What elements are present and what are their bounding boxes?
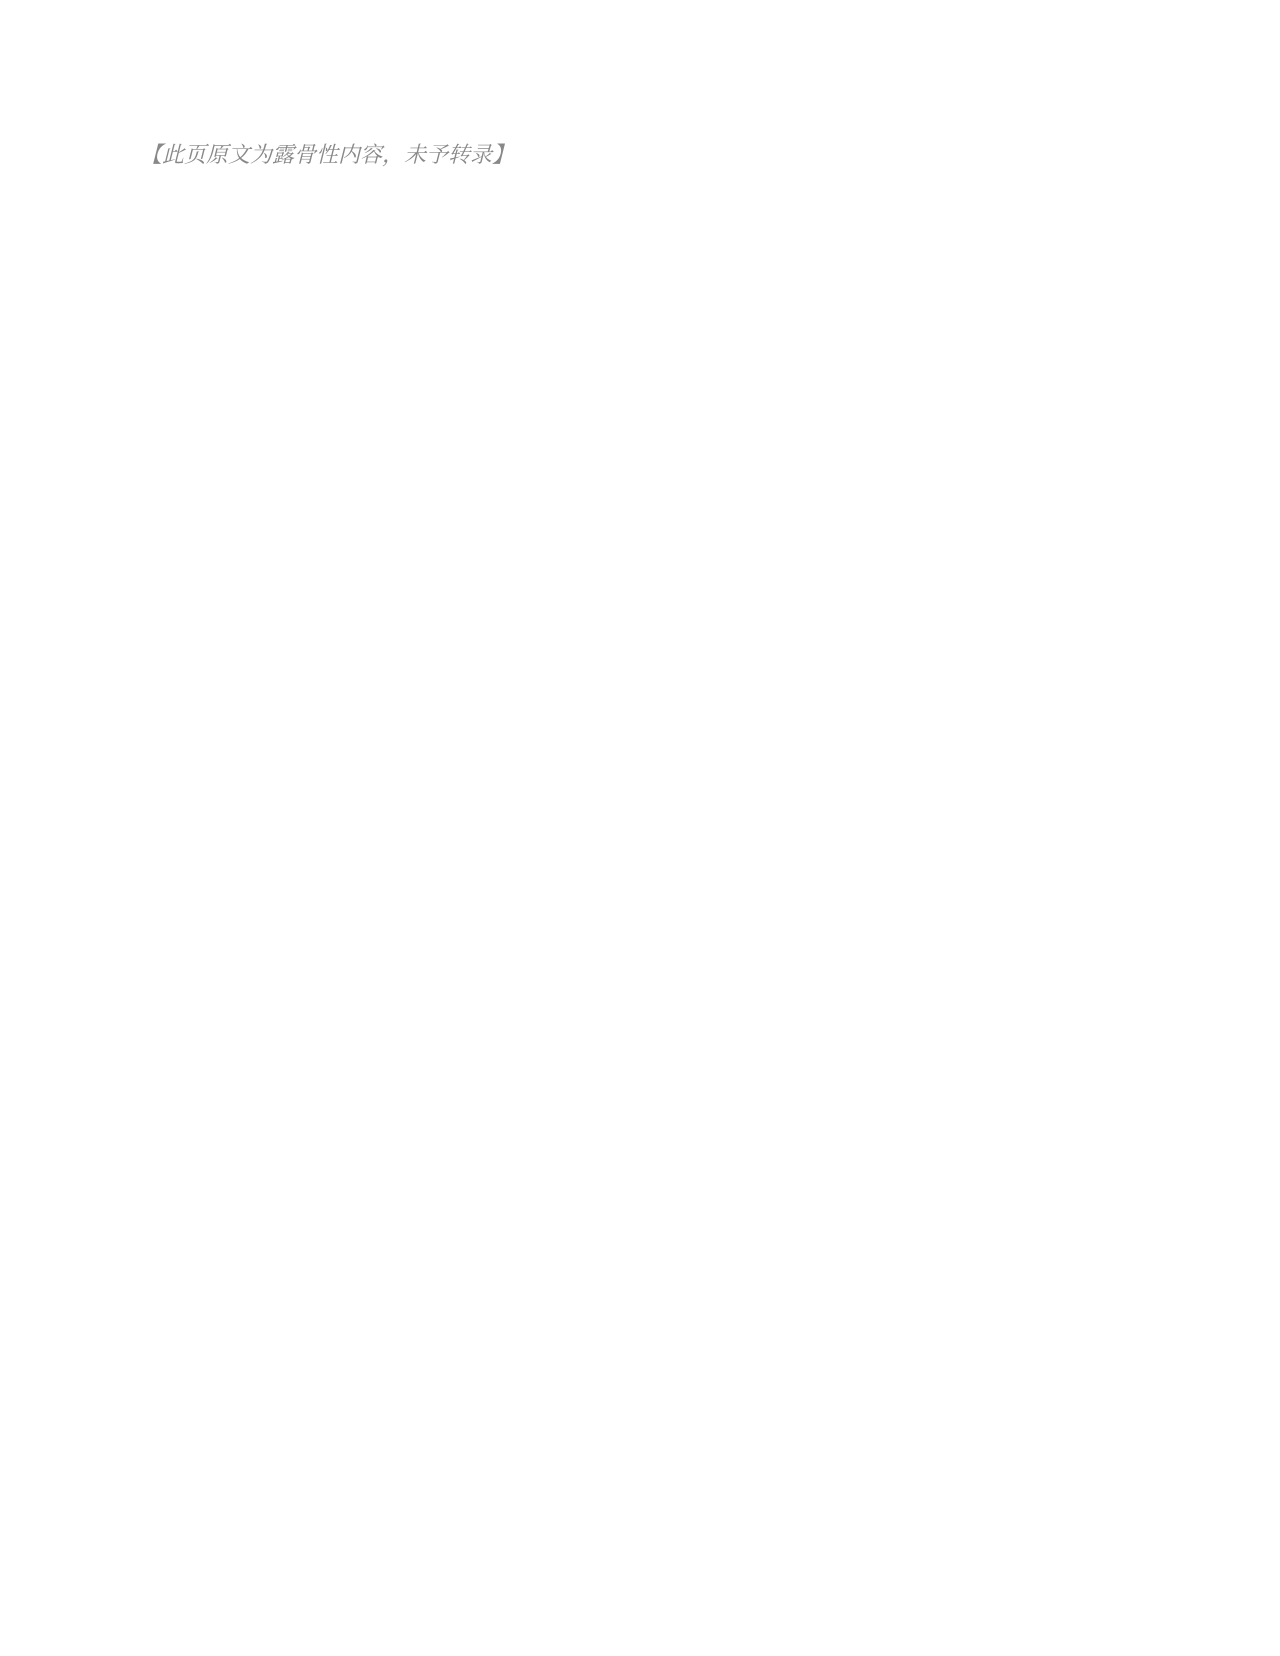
redaction-notice: 【此页原文为露骨性内容，未予转录】: [140, 138, 1090, 174]
body-text: 【此页原文为露骨性内容，未予转录】: [140, 138, 1090, 198]
document-page: 【此页原文为露骨性内容，未予转录】: [0, 0, 1280, 1656]
